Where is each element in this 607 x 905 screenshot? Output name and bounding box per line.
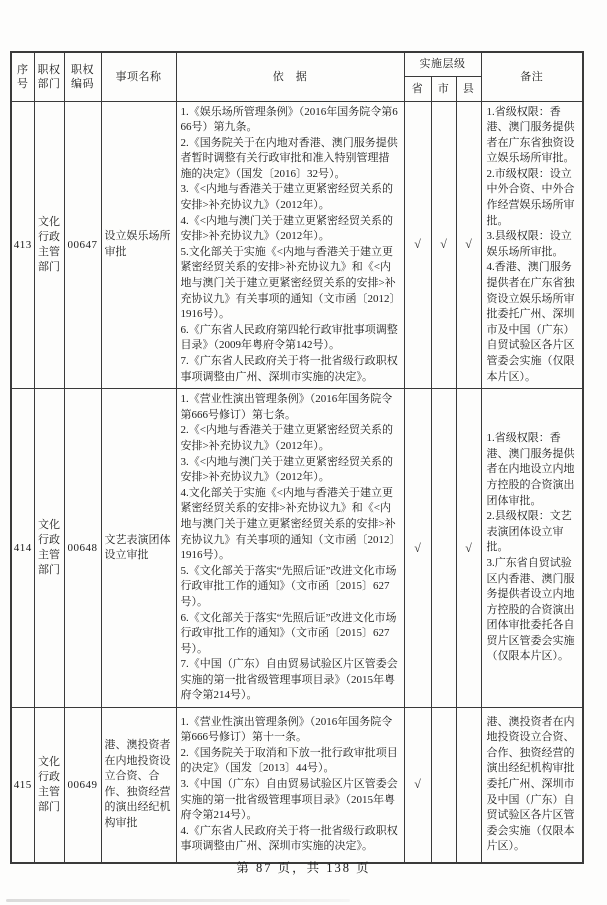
province-check-cell: √ [404,708,431,863]
seq-cell: 413 [11,101,34,389]
city-check-cell [431,389,456,708]
scan-artifact [6,899,350,902]
table-row: 414 文化行政主管部门 00648 文艺表演团体设立审批 1.《营业性演出管理… [11,389,583,708]
province-check-cell: √ [404,101,431,389]
header-province: 省 [404,76,431,101]
table-row: 415 文化行政主管部门 00649 港、澳投资者在内地投资设立合资、合作、独资… [11,708,583,863]
table-row: 413 文化行政主管部门 00647 设立娱乐场所审批 1.《娱乐场所管理条例》… [11,101,583,389]
remark-cell: 1.省级权限：香港、澳门服务提供者在内地设立内地方控股的合资演出团体审批。 2.… [481,389,583,708]
header-level-group: 实施层级 [404,52,481,76]
header-county: 县 [456,76,481,101]
name-cell: 文艺表演团体设立审批 [101,389,176,708]
seq-cell: 415 [11,708,34,863]
city-check-cell [431,708,456,863]
header-seq: 序号 [11,52,34,101]
basis-cell: 1.《娱乐场所管理条例》（2016年国务院令第666号）第九条。 2.《国务院关… [176,101,404,389]
code-cell: 00648 [64,389,101,708]
county-check-cell [456,708,481,863]
basis-cell: 1.《营业性演出管理条例》（2016年国务院令第666号修订）第七条。 2.《<… [176,389,404,708]
remark-cell: 1.省级权限：香港、澳门服务提供者在广东省独资设立娱乐场所审批。 2.市级权限：… [481,101,583,389]
city-check-cell: √ [431,101,456,389]
name-cell: 港、澳投资者在内地投资设立合资、合作、独资经营的演出经纪机构审批 [101,708,176,863]
remark-cell: 港、澳投资者在内地投资设立合资、合作、独资经营的演出经纪机构审批委托广州、深圳市… [481,708,583,863]
province-check-cell: √ [404,389,431,708]
header-basis: 依 据 [176,52,404,101]
header-remark: 备注 [481,52,583,101]
document-page: 序号 职权 部门 职权 编码 事项名称 依 据 实施层级 备注 省 市 县 41… [0,0,607,905]
header-city: 市 [431,76,456,101]
dept-cell: 文化行政主管部门 [34,389,64,708]
county-check-cell: √ [456,389,481,708]
header-name: 事项名称 [101,52,176,101]
basis-cell: 1.《营业性演出管理条例》（2016年国务院令第666号修订）第十一条。 2.《… [176,708,404,863]
header-code: 职权 编码 [64,52,101,101]
code-cell: 00649 [64,708,101,863]
seq-cell: 414 [11,389,34,708]
page-number-footer: 第 87 页，共 138 页 [0,858,607,876]
county-check-cell: √ [456,101,481,389]
code-cell: 00647 [64,101,101,389]
header-dept: 职权 部门 [34,52,64,101]
dept-cell: 文化行政主管部门 [34,101,64,389]
dept-cell: 文化行政主管部门 [34,708,64,863]
name-cell: 设立娱乐场所审批 [101,101,176,389]
authority-items-table: 序号 职权 部门 职权 编码 事项名称 依 据 实施层级 备注 省 市 县 41… [10,51,584,864]
table-header-row: 序号 职权 部门 职权 编码 事项名称 依 据 实施层级 备注 [11,52,583,76]
